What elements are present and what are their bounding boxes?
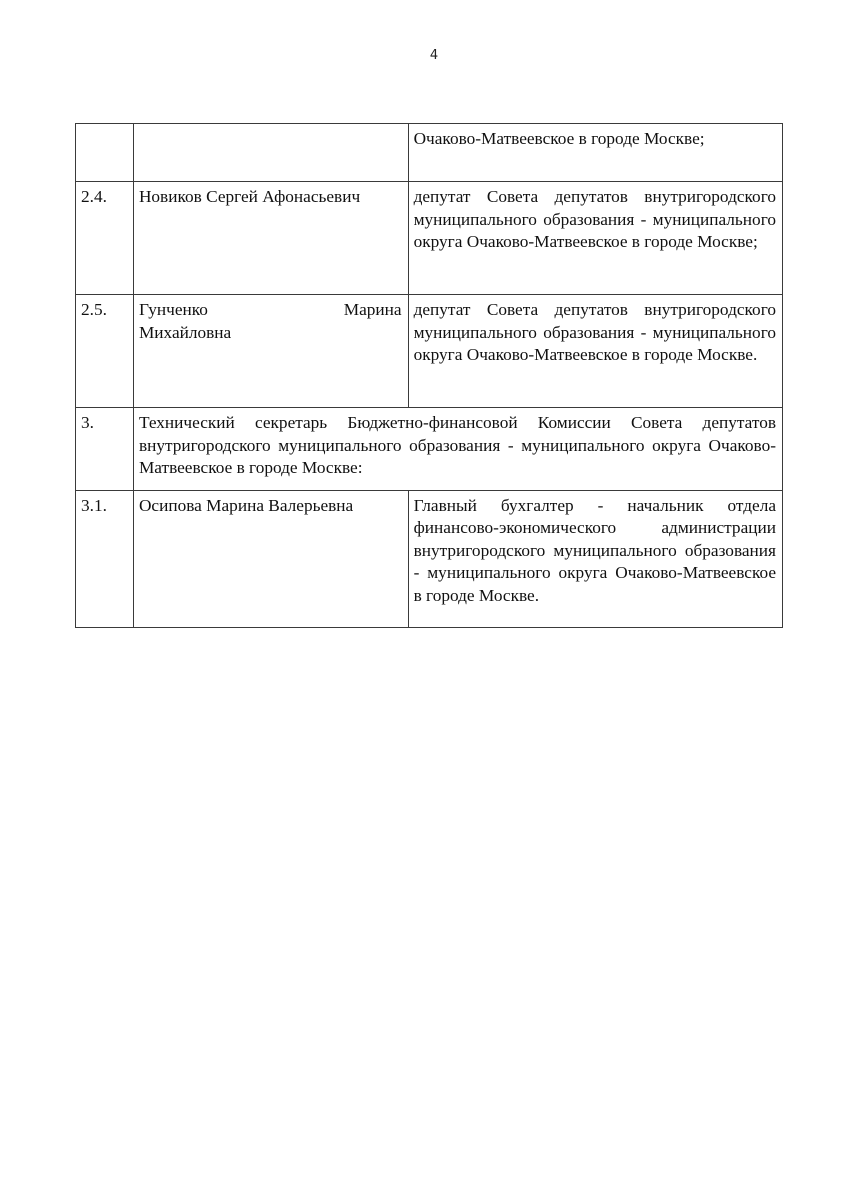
member-name: Гунченко Марина Михайловна xyxy=(133,295,408,408)
table-row: 2.4. Новиков Сергей Афонасьевич депутат … xyxy=(76,182,783,295)
member-name xyxy=(133,124,408,182)
row-number: 2.4. xyxy=(76,182,134,295)
table-row: 3. Технический секретарь Бюджетно-финанс… xyxy=(76,408,783,491)
member-name: Осипова Марина Валерьевна xyxy=(133,490,408,627)
name-given: Марина xyxy=(344,299,402,322)
name-patronymic: Михайловна xyxy=(139,322,402,345)
member-position: депутат Совета депутатов внутригородског… xyxy=(408,182,782,295)
member-position: Очаково-Матвеевское в городе Москве; xyxy=(408,124,782,182)
table-row: 3.1. Осипова Марина Валерьевна Главный б… xyxy=(76,490,783,627)
member-name: Новиков Сергей Афонасьевич xyxy=(133,182,408,295)
table-row: Очаково-Матвеевское в городе Москве; xyxy=(76,124,783,182)
row-number xyxy=(76,124,134,182)
member-position: депутат Совета депутатов внутригородског… xyxy=(408,295,782,408)
row-number: 3. xyxy=(76,408,134,491)
member-position: Главный бухгалтер - начальник отдела фин… xyxy=(408,490,782,627)
row-number: 3.1. xyxy=(76,490,134,627)
members-table: Очаково-Матвеевское в городе Москве; 2.4… xyxy=(75,123,783,628)
section-heading: Технический секретарь Бюджетно-финансово… xyxy=(133,408,782,491)
name-surname: Гунченко xyxy=(139,299,208,322)
row-number: 2.5. xyxy=(76,295,134,408)
table-row: 2.5. Гунченко Марина Михайловна депутат … xyxy=(76,295,783,408)
page-number: 4 xyxy=(0,48,848,63)
